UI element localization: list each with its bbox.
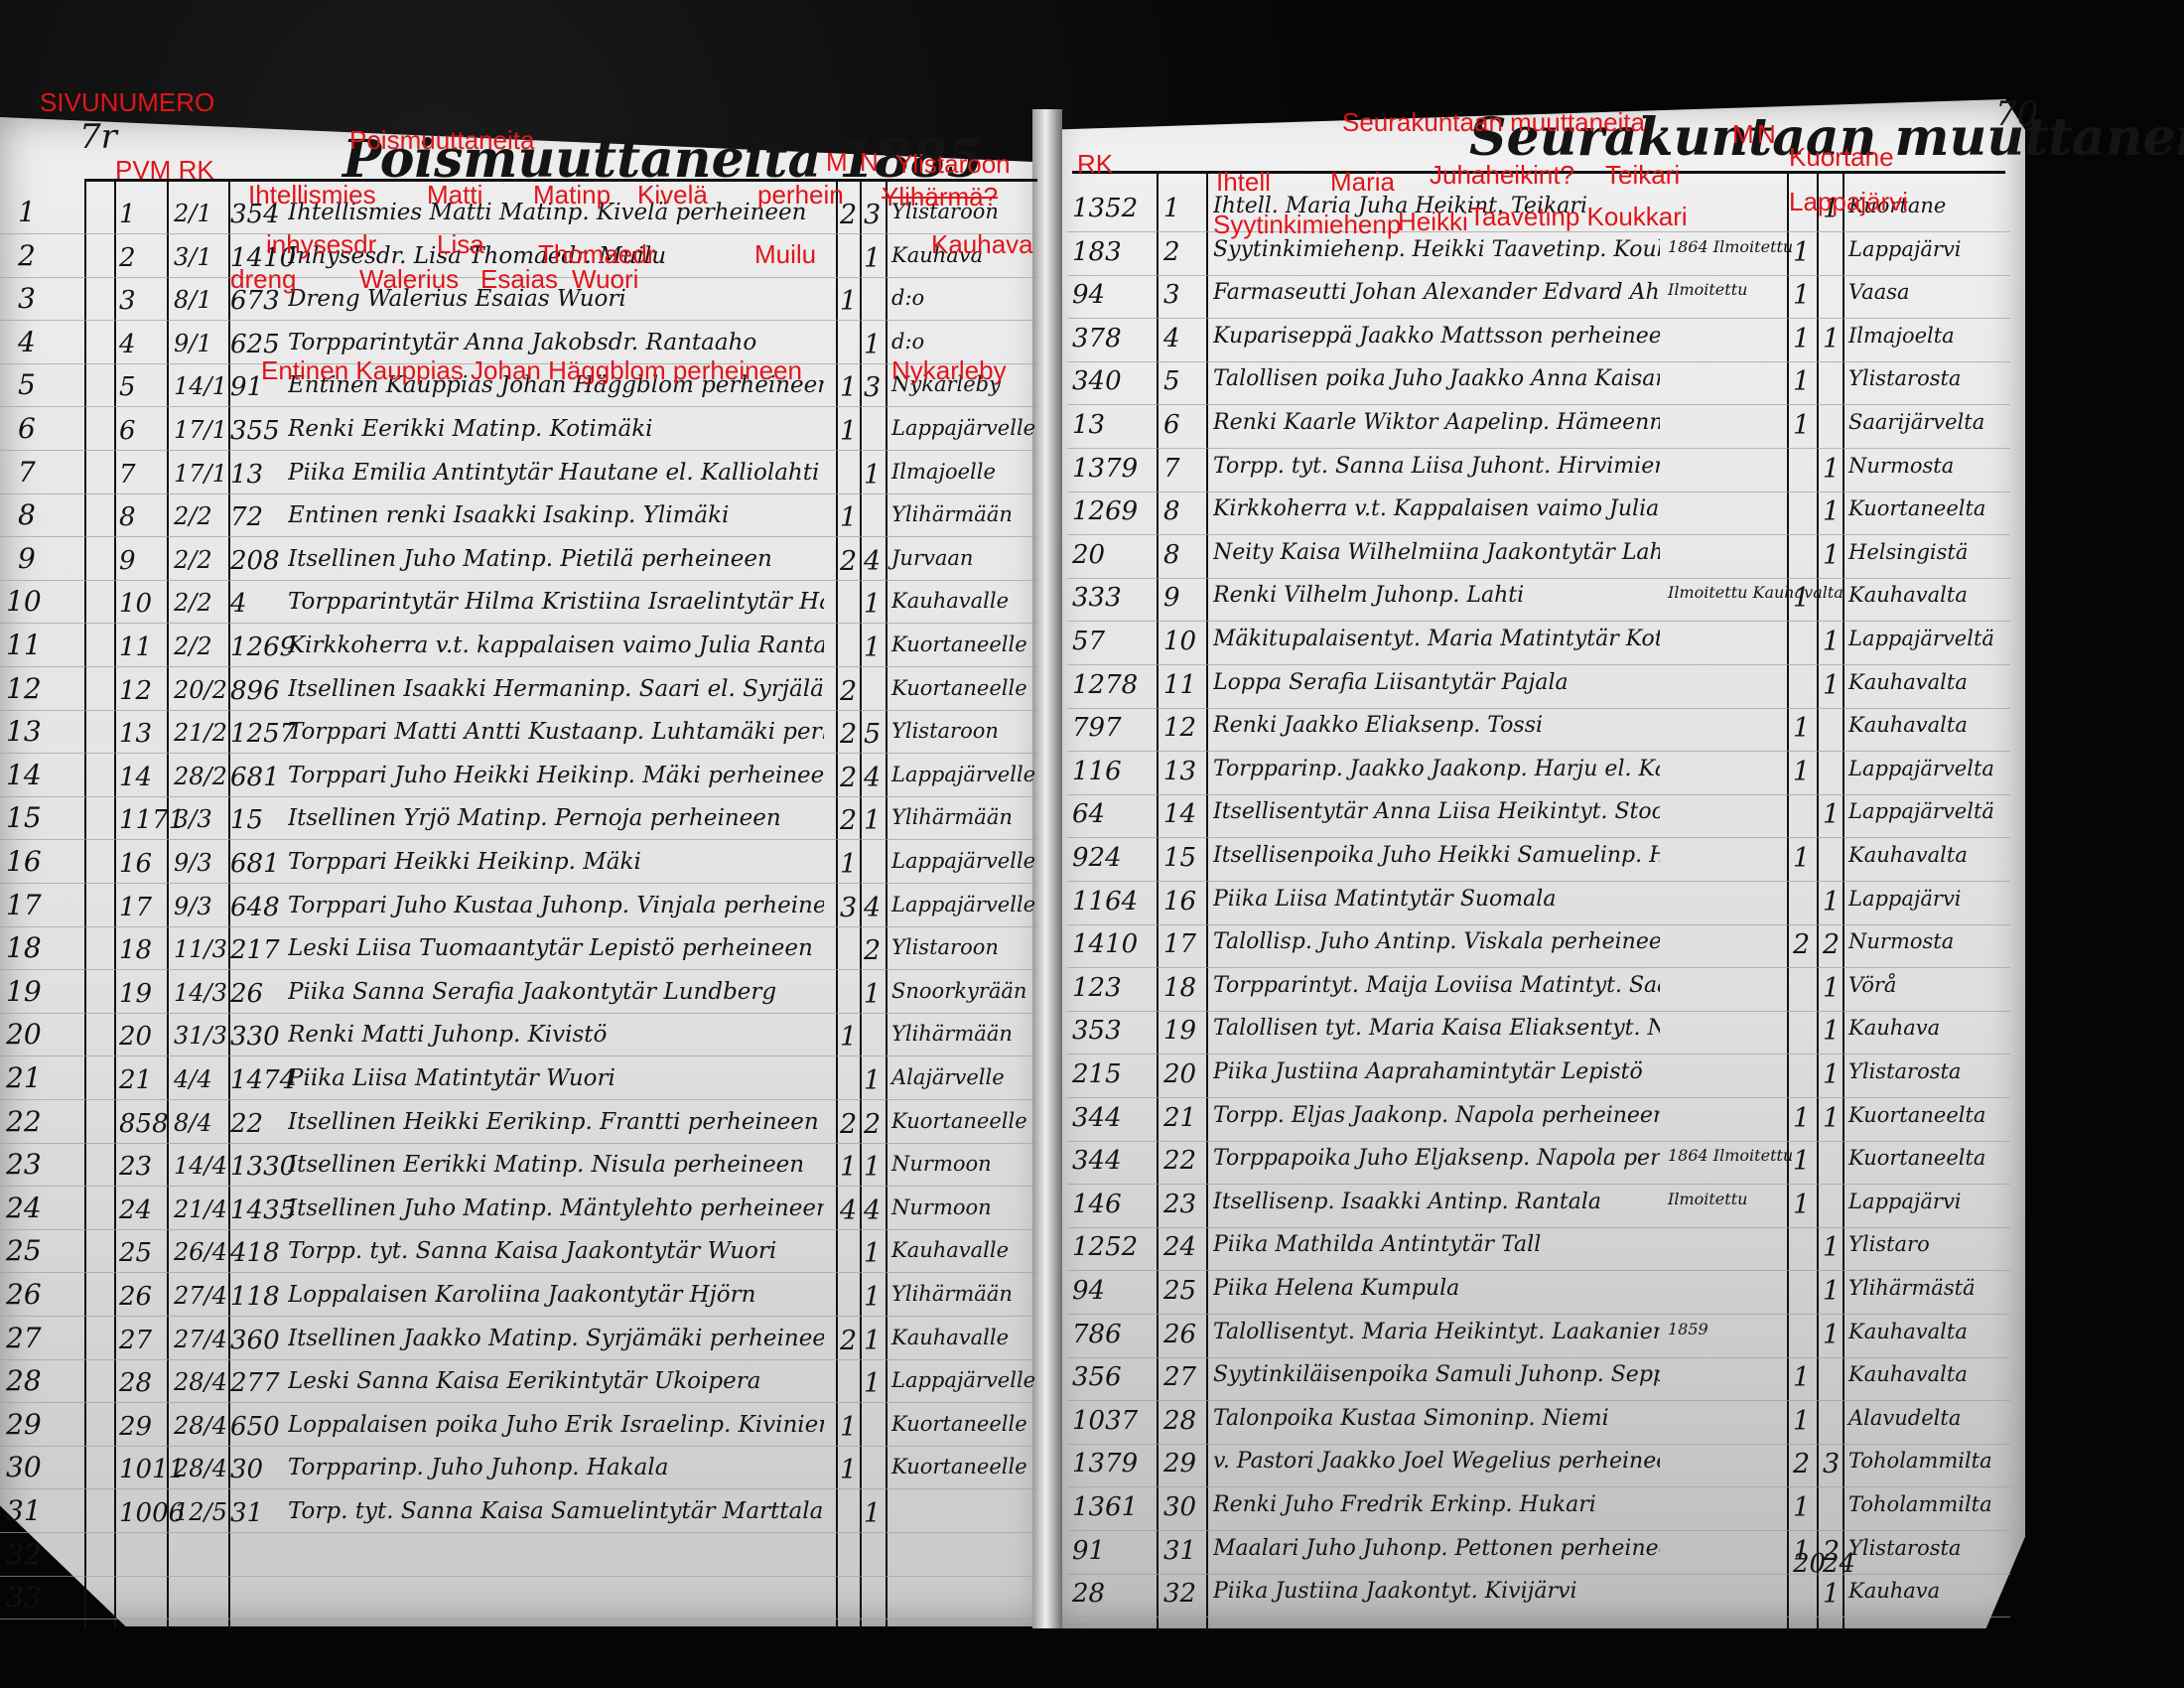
entry-n: 1	[1823, 627, 1840, 657]
margin-row-number: 23	[6, 1148, 42, 1181]
entry-text: Maalari Juho Juhonp. Pettonen perheineen	[1213, 1536, 1660, 1561]
margin-row-number: 30	[6, 1451, 42, 1483]
entry-place: Kauhava	[1848, 1579, 1940, 1603]
entry-text: Itsellisenpoika Juho Heikki Samuelinp. H…	[1213, 843, 1660, 868]
margin-row-number: 17	[6, 889, 42, 921]
entry-m: 1	[1793, 1362, 1810, 1393]
left-row-rule	[0, 233, 1037, 234]
entry-n: 1	[1823, 540, 1840, 571]
margin-row-number: 6	[18, 412, 36, 445]
entry-rk: 31	[230, 1498, 263, 1528]
entry-m: 4	[840, 1196, 857, 1226]
entry-number: 17	[1163, 929, 1196, 959]
entry-place: Kauhavalle	[891, 1326, 1009, 1349]
right-row-rule	[1067, 1141, 2010, 1142]
entry-rk: 681	[230, 849, 280, 879]
entry-rk: 681	[230, 763, 280, 792]
entry-number: 1	[1163, 194, 1180, 223]
entry-m: 1	[840, 1412, 857, 1443]
entry-text: Renki Vilhelm Juhonp. Lahti	[1213, 583, 1660, 608]
margin-row-number: 19	[6, 975, 42, 1008]
entry-m: 2	[840, 805, 857, 836]
margin-row-number: 7	[18, 456, 36, 489]
entry-date: 2/2	[174, 546, 212, 574]
entry-place: Kauhavalle	[891, 589, 1009, 613]
entry-rk: 64	[1072, 799, 1105, 829]
entry-m: 1	[840, 502, 857, 533]
margin-row-number: 22	[6, 1105, 42, 1138]
entry-rk: 1435	[230, 1196, 296, 1225]
annotation-matinp: Matinp	[533, 182, 611, 208]
entry-text: Mäkitupalaisentyt. Maria Matintytär Koti…	[1213, 627, 1660, 651]
entry-rk: 1269	[1072, 496, 1138, 526]
entry-place: Lappajärvelle	[891, 893, 1035, 916]
entry-number: 2	[1163, 237, 1180, 267]
entry-n: 1	[1823, 324, 1840, 354]
entry-m: 2	[1793, 929, 1810, 960]
entry-number: 3	[119, 286, 136, 316]
total-n: 24	[1823, 1549, 1855, 1579]
right-row-rule	[1067, 318, 2010, 319]
entry-rk: 1269	[230, 633, 296, 662]
entry-text: Kirkkoherra v.t. kappalaisen vaimo Julia…	[288, 633, 824, 658]
right-row-rule	[1067, 1357, 2010, 1358]
entry-n: 3	[864, 372, 881, 403]
right-row-rule	[1067, 1444, 2010, 1445]
entry-n: 1	[864, 805, 881, 836]
entry-date: 2/2	[174, 589, 212, 617]
entry-text: Itsellisenp. Isaakki Antinp. Rantala	[1213, 1190, 1660, 1214]
entry-date: 3/1	[174, 243, 212, 271]
entry-rk: 1257	[230, 719, 296, 749]
entry-date: 21/2	[174, 719, 227, 747]
annotation-ylistaroon: Ylistaroon	[895, 151, 1011, 177]
right-row-rule	[1067, 492, 2010, 492]
entry-m: 2	[840, 719, 857, 750]
entry-n: 1	[864, 633, 881, 663]
entry-text: Renki Jaakko Eliaksenp. Tossi	[1213, 713, 1660, 738]
entry-rk: 1278	[1072, 670, 1138, 700]
entry-n: 1	[1823, 1276, 1840, 1307]
right-row-rule	[1067, 837, 2010, 838]
entry-rk: 360	[230, 1326, 280, 1355]
entry-text: Torpp. tyt. Sanna Kaisa Jaakontytär Wuor…	[288, 1238, 824, 1264]
left-row-rule	[0, 1618, 1037, 1619]
margin-row-number: 8	[18, 498, 36, 531]
entry-date: 12/5	[174, 1498, 227, 1526]
entry-m: 1	[1793, 1406, 1810, 1437]
right-row-rule	[1067, 1097, 2010, 1098]
left-row-rule	[0, 796, 1037, 797]
entry-note: 1864 Ilmoitettu	[1668, 237, 1793, 256]
entry-n: 1	[1823, 1103, 1840, 1134]
entry-date: 9/3	[174, 849, 212, 877]
entry-place: Ylihärmään	[891, 805, 1013, 829]
right-row-rule	[1067, 1270, 2010, 1271]
entry-place: Snoorkyrään	[891, 979, 1026, 1003]
entry-n: 1	[1823, 454, 1840, 485]
left-row-rule	[0, 1099, 1037, 1100]
margin-row-number: 26	[6, 1278, 42, 1311]
left-row-rule	[0, 710, 1037, 711]
left-column-divider	[886, 179, 887, 1628]
entry-number: 9	[119, 546, 136, 576]
margin-row-number: 11	[6, 629, 42, 661]
entry-number: 4	[1163, 324, 1180, 353]
entry-place: Ilmajoelle	[891, 460, 996, 484]
left-row-rule	[0, 969, 1037, 970]
entry-text: Torpparintyt. Maija Loviisa Matintyt. Sa…	[1213, 973, 1660, 998]
left-row-rule	[0, 320, 1037, 321]
entry-m: 1	[1793, 237, 1810, 268]
entry-rk: 94	[1072, 1276, 1105, 1306]
entry-number: 11	[119, 633, 152, 662]
left-row-rule	[0, 1272, 1037, 1273]
entry-date: 2/1	[174, 200, 212, 227]
entry-number: 8	[1163, 496, 1180, 526]
entry-number: 8	[119, 502, 136, 532]
entry-n: 1	[864, 1368, 881, 1399]
entry-number: 858	[119, 1109, 169, 1139]
entry-text: Talollisen tyt. Maria Kaisa Eliaksentyt.…	[1213, 1016, 1660, 1041]
margin-row-number: 18	[6, 931, 42, 964]
margin-row-number: 10	[6, 585, 42, 618]
entry-date: 28/2	[174, 763, 227, 790]
entry-place: Kauhavalta	[1848, 670, 1968, 694]
entry-rk: 924	[1072, 843, 1122, 873]
entry-number: 2	[119, 243, 136, 273]
entry-place: Kuortaneelta	[1848, 496, 1985, 520]
entry-number: 16	[119, 849, 152, 879]
entry-place: Kuortaneelle	[891, 1412, 1027, 1436]
entry-rk: 116	[1072, 757, 1122, 786]
total-m: 20	[1793, 1549, 1826, 1579]
annotation-syytinkimiehenp: Syytinkimiehenp	[1213, 211, 1401, 237]
right-column-divider	[1206, 171, 1208, 1630]
entry-date: 17/1	[174, 460, 227, 488]
entry-m: 1	[840, 1152, 857, 1183]
annotation-nykarleby: Nykarleby	[891, 357, 1007, 383]
entry-number: 17	[119, 893, 152, 922]
entry-text: Piika Liisa Matintytär Wuori	[288, 1065, 824, 1091]
entry-rk: 340	[1072, 366, 1122, 396]
left-row-rule	[0, 1316, 1037, 1317]
left-row-rule	[0, 1402, 1037, 1403]
entry-place: Lappajärvelta	[1848, 757, 1994, 780]
entry-m: 1	[1793, 843, 1810, 874]
entry-n: 4	[864, 1196, 881, 1226]
entry-m: 1	[1793, 757, 1810, 787]
right-row-rule	[1067, 231, 2010, 232]
entry-number: 28	[1163, 1406, 1196, 1436]
entry-place: Ylistarosta	[1848, 366, 1961, 390]
entry-text: Torpparinp. Jaakko Jaakonp. Harju el. Ka…	[1213, 757, 1660, 781]
entry-place: Kuortaneelta	[1848, 1103, 1985, 1127]
entry-number: 13	[119, 719, 152, 749]
left-row-rule	[0, 1576, 1037, 1577]
right-column-divider	[1817, 171, 1819, 1630]
entry-n: 1	[864, 243, 881, 274]
entry-m: 1	[1793, 366, 1810, 397]
entry-text: Itsellisentytär Anna Liisa Heikintyt. St…	[1213, 799, 1660, 824]
entry-number: 9	[1163, 583, 1180, 613]
annotation-juhaheikint: Juhaheikint?	[1430, 162, 1574, 188]
entry-note: Ilmoitettu Kauhavalta	[1668, 583, 1843, 602]
right-row-rule	[1067, 967, 2010, 968]
entry-number: 19	[119, 979, 152, 1009]
entry-n: 1	[864, 1282, 881, 1313]
entry-m: 3	[840, 893, 857, 923]
margin-row-number: 9	[18, 542, 36, 575]
entry-n: 1	[864, 1238, 881, 1269]
entry-rk: 353	[1072, 1016, 1122, 1046]
entry-m: 2	[840, 676, 857, 707]
entry-m: 1	[1793, 583, 1810, 614]
entry-note: Ilmoitettu	[1668, 1190, 1747, 1208]
entry-date: 9/1	[174, 330, 212, 357]
entry-n: 1	[1823, 1320, 1840, 1350]
left-row-rule	[0, 1532, 1037, 1533]
entry-m: 1	[840, 286, 857, 317]
annotation-heikki: Heikki	[1398, 209, 1468, 234]
entry-n: 1	[864, 1326, 881, 1356]
entry-place: Ylistarosta	[1848, 1059, 1961, 1083]
entry-rk: 1410	[1072, 929, 1138, 959]
annotation-kauhava: Kauhava	[931, 231, 1033, 257]
entry-text: Entinen renki Isaakki Isakinp. Ylimäki	[288, 502, 824, 528]
entry-place: d:o	[891, 330, 924, 353]
entry-place: Kuortaneelle	[891, 1109, 1027, 1133]
right-row-rule	[1067, 1011, 2010, 1012]
entry-rk: 1474	[230, 1065, 296, 1095]
annotation-ylihama-struck: Ylihärmä?	[882, 184, 998, 210]
annotation-perhein: perhein	[757, 182, 844, 208]
entry-text: Piika Sanna Serafia Jaakontytär Lundberg	[288, 979, 824, 1005]
entry-place: Toholammilta	[1848, 1492, 1992, 1516]
entry-n: 5	[864, 719, 881, 750]
entry-text: Kupariseppä Jaakko Mattsson perheineen	[1213, 324, 1660, 349]
entry-number: 14	[1163, 799, 1196, 829]
annotation-n-right: N	[1757, 121, 1776, 147]
entry-number: 12	[1163, 713, 1196, 743]
entry-m: 1	[1793, 324, 1810, 354]
left-row-rule	[0, 1446, 1037, 1447]
entry-m: 1	[840, 372, 857, 403]
entry-rk: 418	[230, 1238, 280, 1268]
margin-row-number: 12	[6, 672, 42, 705]
entry-number: 30	[1163, 1492, 1196, 1522]
entry-rk: 1361	[1072, 1492, 1138, 1522]
entry-date: 21/4	[174, 1196, 227, 1223]
entry-text: Talollisp. Juho Antinp. Viskala perheine…	[1213, 929, 1660, 954]
margin-row-number: 3	[18, 282, 36, 315]
entry-number: 32	[1163, 1579, 1196, 1609]
left-row-rule	[0, 623, 1037, 624]
left-row-rule	[0, 450, 1037, 451]
entry-rk: 30	[230, 1455, 263, 1484]
entry-m: 2	[840, 1326, 857, 1356]
entry-place: Nurmosta	[1848, 454, 1954, 478]
annotation-rk-right: RK	[1077, 151, 1113, 177]
entry-text: Torpparintytär Hilma Kristiina Israelint…	[288, 589, 824, 615]
entry-date: 14/1	[174, 372, 227, 400]
entry-text: Piika Liisa Matintytär Suomala	[1213, 887, 1660, 912]
entry-place: Toholammilta	[1848, 1449, 1992, 1473]
entry-number: 27	[1163, 1362, 1196, 1392]
entry-text: Leski Liisa Tuomaantytär Lepistö perhein…	[288, 935, 824, 961]
left-row-rule	[0, 1055, 1037, 1056]
annotation-wuori: Wuori	[572, 266, 638, 292]
entry-m: 2	[840, 546, 857, 577]
annotation-lappajarvi: Lappajärvi	[1789, 189, 1908, 214]
margin-row-number: 33	[6, 1581, 42, 1614]
entry-m: 2	[1793, 1449, 1810, 1479]
entry-text: Torppari Matti Antti Kustaanp. Luhtamäki…	[288, 719, 824, 745]
annotation-kuortane: Kuortane	[1789, 144, 1894, 170]
entry-n: 1	[864, 1152, 881, 1183]
entry-text: Torppari Juho Kustaa Juhonp. Vinjala per…	[288, 893, 824, 918]
entry-number: 18	[119, 935, 152, 965]
entry-place: Ylihärmään	[891, 1282, 1013, 1306]
left-column-divider	[114, 179, 116, 1628]
entry-date: 2/2	[174, 502, 212, 530]
left-column-divider	[836, 179, 838, 1628]
left-row-rule	[0, 1013, 1037, 1014]
entry-place: Ylistaroon	[891, 935, 999, 959]
entry-m: 1	[1793, 410, 1810, 441]
entry-date: 11/3	[174, 935, 227, 963]
entry-text: Syytinkimiehenp. Heikki Taavetinp. Koukk…	[1213, 237, 1660, 262]
entry-text: Itsellinen Jaakko Matinp. Syrjämäki perh…	[288, 1326, 824, 1351]
entry-date: 17/1	[174, 416, 227, 444]
entry-number: 10	[1163, 627, 1196, 656]
left-row-rule	[0, 406, 1037, 407]
entry-rk: 72	[230, 502, 263, 532]
annotation-m-right: M	[1732, 121, 1754, 147]
entry-number: 23	[119, 1152, 152, 1182]
entry-n: 1	[864, 1498, 881, 1529]
entry-place: Kauhavalle	[891, 1238, 1009, 1262]
entry-text: Itsellinen Juho Matinp. Mäntylehto perhe…	[288, 1196, 824, 1221]
entry-date: 3/3	[174, 805, 212, 833]
entry-number: 21	[1163, 1103, 1196, 1133]
right-row-rule	[1067, 1617, 2010, 1618]
margin-row-number: 21	[6, 1061, 42, 1094]
entry-text: Torpparintytär Anna Jakobsdr. Rantaaho	[288, 330, 824, 355]
left-row-rule	[0, 1186, 1037, 1187]
entry-text: Loppalaisen poika Juho Erik Israelinp. K…	[288, 1412, 824, 1438]
entry-number: 31	[1163, 1536, 1196, 1566]
entry-number: 6	[1163, 410, 1180, 440]
entry-text: Piika Mathilda Antintytär Tall	[1213, 1232, 1660, 1257]
annotation-esaias: Esaias	[480, 266, 558, 292]
right-row-rule	[1067, 448, 2010, 449]
entry-text: Torppari Heikki Heikinp. Mäki	[288, 849, 824, 875]
entry-number: 4	[119, 330, 136, 359]
entry-rk: 183	[1072, 237, 1122, 267]
entry-place: Lappajärvi	[1848, 887, 1962, 911]
entry-n: 1	[864, 589, 881, 620]
entry-number: 21	[119, 1065, 152, 1095]
entry-text: Torpparinp. Juho Juhonp. Hakala	[288, 1455, 824, 1480]
entry-number: 14	[119, 763, 152, 792]
annotation-pvm-rk: PVM RK	[115, 157, 214, 183]
entry-n: 2	[864, 935, 881, 966]
entry-n: 3	[864, 200, 881, 230]
left-row-rule	[0, 666, 1037, 667]
entry-n: 1	[1823, 1016, 1840, 1047]
right-row-rule	[1067, 794, 2010, 795]
entry-number: 1	[119, 200, 136, 229]
entry-text: Syytinkiläisenpoika Samuli Juhonp. Seppä…	[1213, 1362, 1660, 1387]
entry-number: 24	[1163, 1232, 1196, 1262]
entry-place: Lappajärvi	[1848, 1190, 1962, 1213]
annotation-n-left: N	[860, 149, 879, 175]
entry-number: 10	[119, 589, 152, 619]
entry-rk: 28	[1072, 1579, 1105, 1609]
entry-m: 1	[840, 416, 857, 447]
entry-rk: 1164	[1072, 887, 1138, 916]
entry-place: Saarijärvelta	[1848, 410, 1984, 434]
entry-rk: 57	[1072, 627, 1105, 656]
entry-place: Alajärvelle	[891, 1065, 1005, 1089]
left-column-divider	[860, 179, 862, 1628]
right-row-rule	[1067, 621, 2010, 622]
annotation-inhysesdr: inhysesdr	[266, 231, 376, 257]
entry-place: Kuortaneelle	[891, 1455, 1027, 1478]
entry-place: Kauhava	[1848, 1016, 1940, 1040]
entry-n: 1	[1823, 496, 1840, 527]
entry-place: Kuortaneelle	[891, 633, 1027, 656]
entry-rk: 13	[230, 460, 263, 490]
entry-place: Lappajärvelle	[891, 416, 1035, 440]
entry-number: 23	[1163, 1190, 1196, 1219]
entry-place: Lappajärveltä	[1848, 799, 1994, 823]
entry-m: 1	[1793, 1103, 1810, 1134]
entry-n: 1	[864, 460, 881, 491]
entry-place: Ylihärmään	[891, 502, 1013, 526]
entry-number: 25	[119, 1238, 152, 1268]
entry-place: Kuortaneelle	[891, 676, 1027, 700]
entry-n: 1	[1823, 1232, 1840, 1263]
entry-rk: 215	[1072, 1059, 1122, 1089]
margin-row-number: 32	[6, 1538, 42, 1571]
right-column-divider	[1157, 171, 1159, 1630]
annotation-taavetinp-koukkari: Taavetinp Koukkari	[1469, 204, 1688, 229]
entry-rk: 648	[230, 893, 280, 922]
entry-text: Talonpoika Kustaa Simoninp. Niemi	[1213, 1406, 1660, 1431]
entry-place: Ylihärmästä	[1848, 1276, 1976, 1300]
entry-date: 27/4	[174, 1326, 227, 1353]
entry-number: 22	[1163, 1146, 1196, 1176]
entry-text: Piika Justiina Aaprahamintytär Lepistö	[1213, 1059, 1660, 1084]
entry-text: Renki Matti Juhonp. Kivistö	[288, 1022, 824, 1048]
entry-rk: 355	[230, 416, 280, 446]
annotation-kivela: Kivelä	[637, 182, 708, 208]
entry-text: Itsellinen Juho Matinp. Pietilä perheine…	[288, 546, 824, 572]
right-row-rule	[1067, 1530, 2010, 1531]
margin-row-number: 28	[6, 1364, 42, 1397]
entry-place: Lappajärvelle	[891, 1368, 1035, 1392]
entry-date: 26/4	[174, 1238, 227, 1266]
entry-place: Vörå	[1848, 973, 1896, 997]
entry-m: 1	[840, 849, 857, 880]
entry-place: Kauhavalta	[1848, 713, 1968, 737]
entry-place: Lappajärvelle	[891, 763, 1035, 786]
entry-note: 1859	[1668, 1320, 1708, 1338]
entry-number: 26	[119, 1282, 152, 1312]
entry-note: 1864 Ilmoitettu	[1668, 1146, 1793, 1165]
